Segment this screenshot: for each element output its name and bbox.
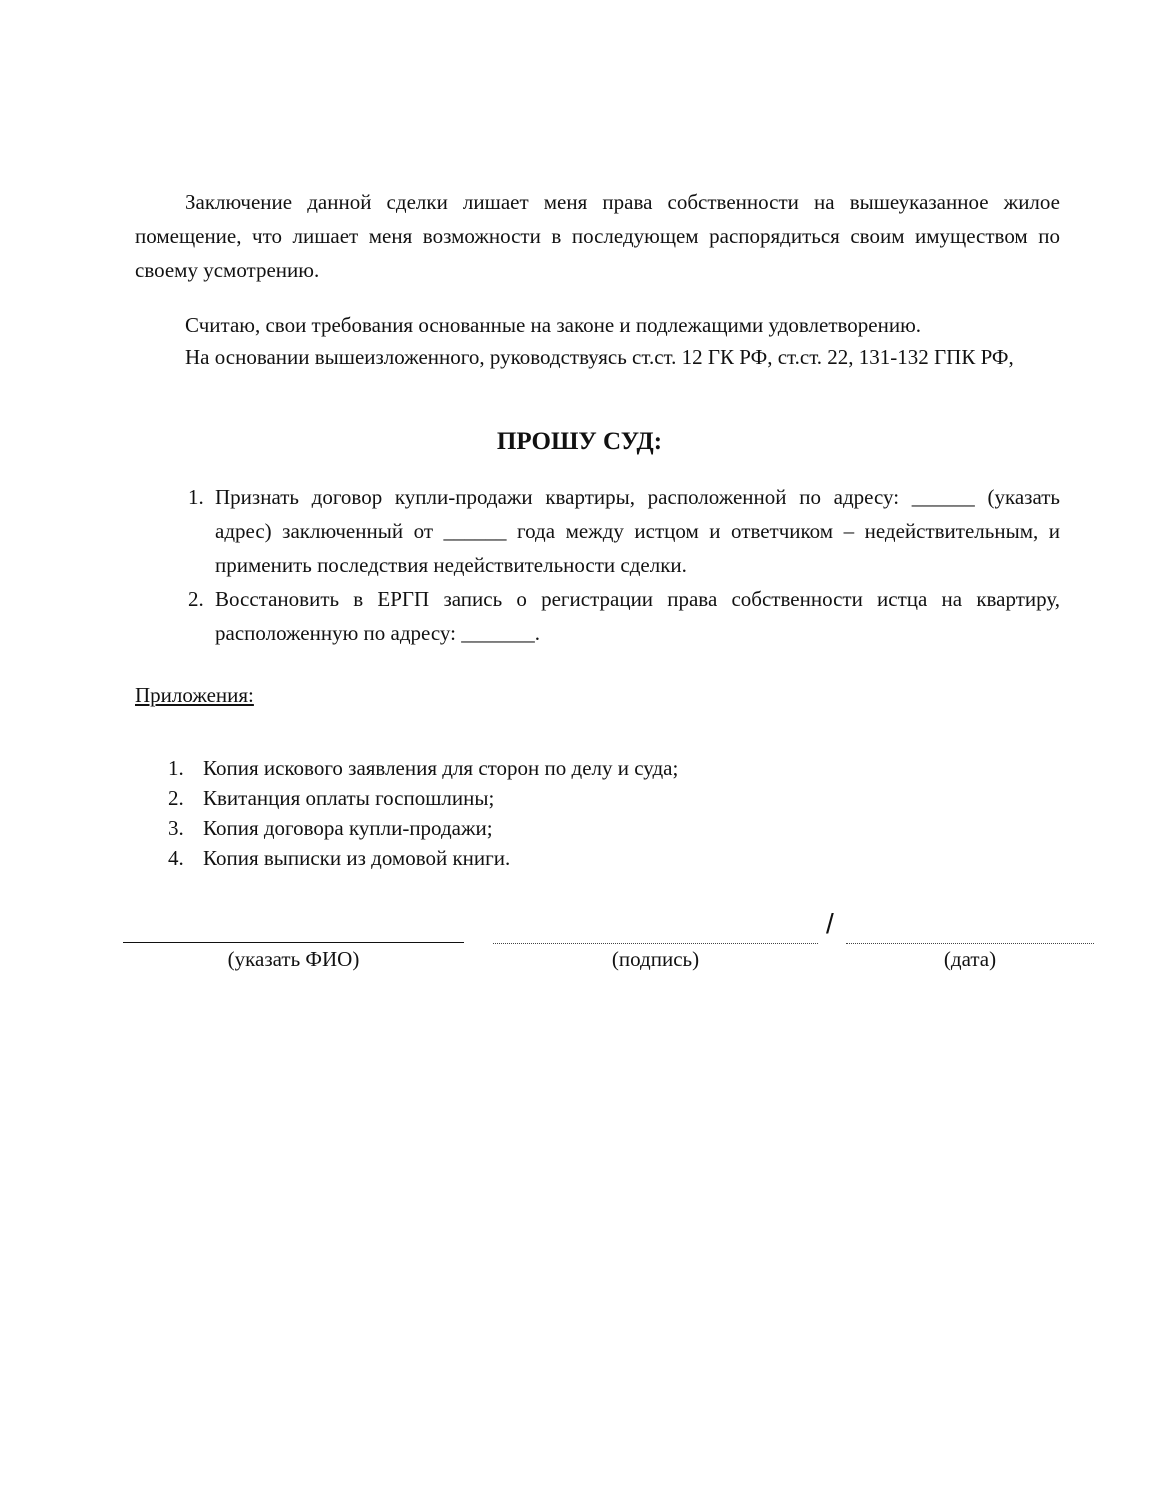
name-line [123,942,464,943]
attachments-list: 1.Копия искового заявления для сторон по… [165,753,678,873]
date-line [846,943,1094,944]
claim-text: Восстановить в ЕРГП запись о регистрации… [215,587,1060,645]
claim-number: 2. [188,582,204,616]
paragraph-legal-basis: На основании вышеизложенного, руководств… [135,340,1060,374]
attachment-number: 2. [168,783,184,813]
claim-item: 2. Восстановить в ЕРГП запись о регистра… [185,582,1060,650]
date-caption: (дата) [846,947,1094,972]
request-title: ПРОШУ СУД: [0,428,1159,456]
signature-separator: / [826,908,834,940]
claim-item: 1. Признать договор купли-продажи кварти… [185,480,1060,582]
name-caption: (указать ФИО) [123,947,464,972]
attachment-item: 2.Квитанция оплаты госпошлины; [165,783,678,813]
paragraph-deal-consequence: Заключение данной сделки лишает меня пра… [135,185,1060,287]
attachment-text: Копия искового заявления для сторон по д… [203,756,678,780]
attachment-text: Копия выписки из домовой книги. [203,846,510,870]
claim-text: Признать договор купли-продажи квартиры,… [215,485,1060,577]
claim-number: 1. [188,480,204,514]
document-page: Заключение данной сделки лишает меня пра… [0,0,1159,1500]
attachment-text: Копия договора купли-продажи; [203,816,493,840]
attachment-number: 1. [168,753,184,783]
attachment-number: 3. [168,813,184,843]
attachment-text: Квитанция оплаты госпошлины; [203,786,494,810]
attachment-item: 3.Копия договора купли-продажи; [165,813,678,843]
attachment-number: 4. [168,843,184,873]
attachments-heading: Приложения: [135,683,254,708]
signature-line [493,943,818,944]
attachment-item: 1.Копия искового заявления для сторон по… [165,753,678,783]
attachment-item: 4.Копия выписки из домовой книги. [165,843,678,873]
paragraph-claims-justified: Считаю, свои требования основанные на за… [135,308,1060,342]
signature-caption: (подпись) [493,947,818,972]
claims-list: 1. Признать договор купли-продажи кварти… [185,480,1060,650]
